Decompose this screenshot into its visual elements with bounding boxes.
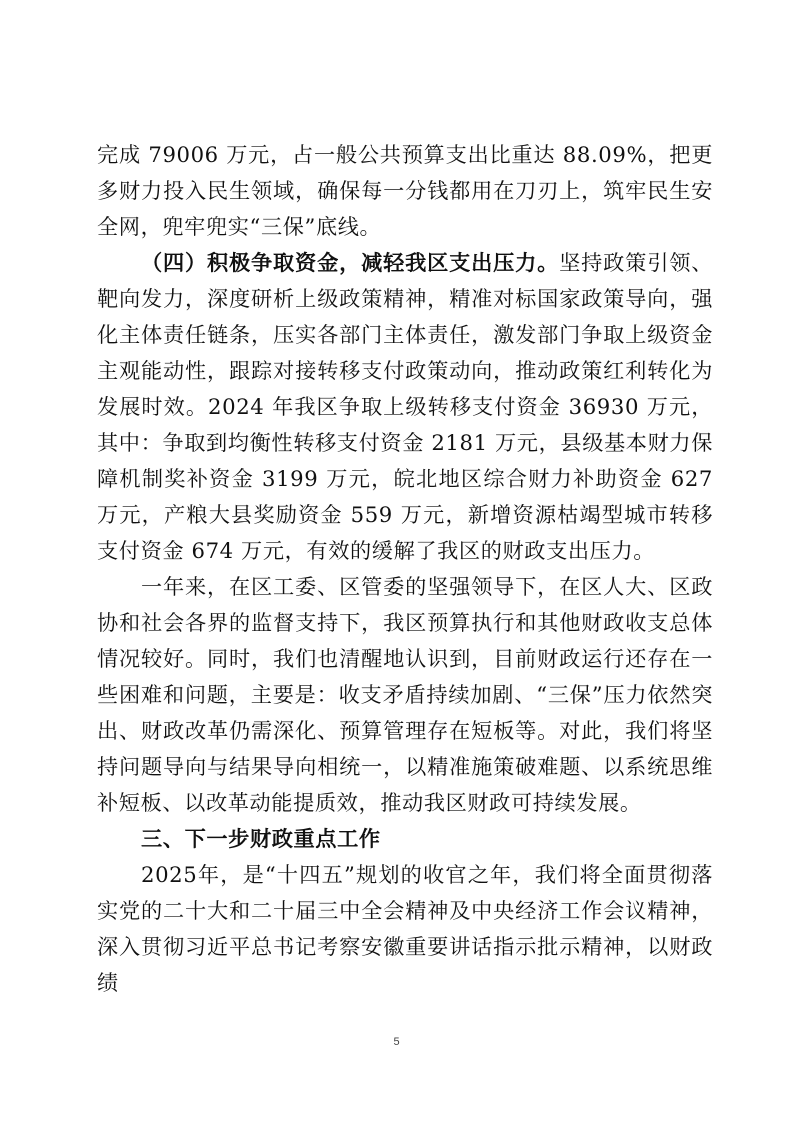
section-subheading: （四）积极争取资金，减轻我区支出压力。 bbox=[141, 250, 559, 275]
paragraph-fund-raising: （四）积极争取资金，减轻我区支出压力。坚持政策引领、靶向发力，深度研析上级政策精… bbox=[97, 245, 713, 569]
paragraph-livelihood-spending: 完成 79006 万元，占一般公共预算支出比重达 88.09%，把更多财力投入民… bbox=[97, 137, 713, 245]
page-number: 5 bbox=[0, 1036, 793, 1048]
page-body: 完成 79006 万元，占一般公共预算支出比重达 88.09%，把更多财力投入民… bbox=[97, 137, 713, 1001]
paragraph-2025-plan: 2025年，是“十四五”规划的收官之年，我们将全面贯彻落实党的二十大和二十届三中… bbox=[97, 857, 713, 1001]
paragraph-year-summary: 一年来，在区工委、区管委的坚强领导下，在区人大、区政协和社会各界的监督支持下，我… bbox=[97, 569, 713, 821]
document-page: 完成 79006 万元，占一般公共预算支出比重达 88.09%，把更多财力投入民… bbox=[0, 0, 793, 1122]
section-heading: 三、下一步财政重点工作 bbox=[97, 821, 713, 857]
paragraph-body: 坚持政策引领、靶向发力，深度研析上级政策精神，精准对标国家政策导向，强化主体责任… bbox=[97, 250, 713, 563]
